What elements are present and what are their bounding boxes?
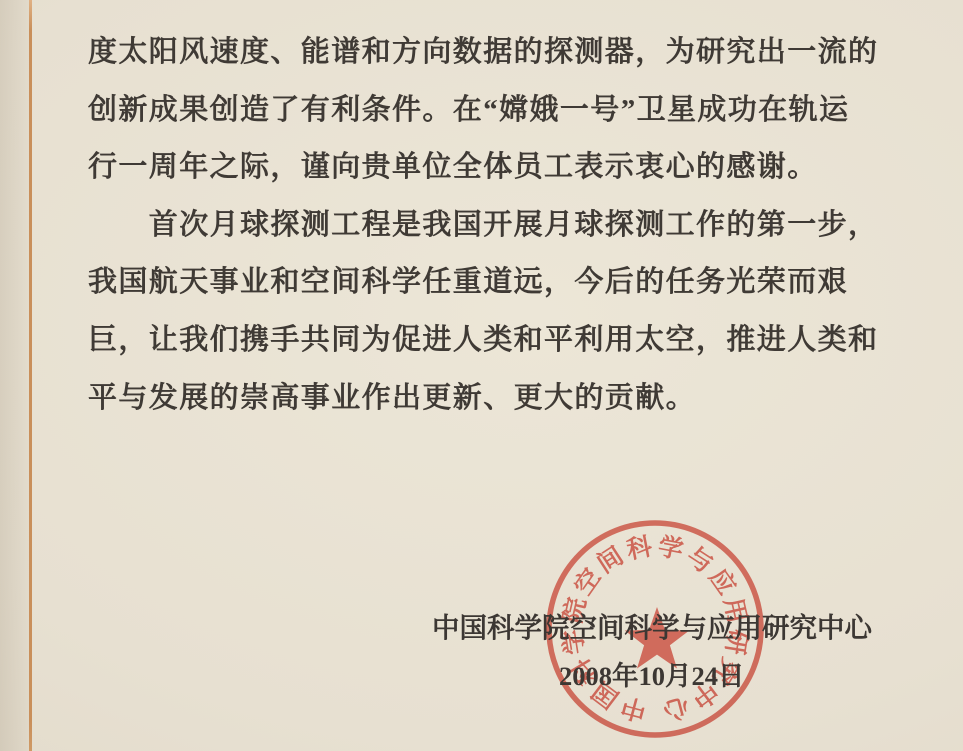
- left-border-rule: [29, 0, 32, 751]
- body-line: 巨，让我们携手共同为促进人类和平利用太空，推进人类和: [88, 312, 894, 370]
- body-line: 首次月球探测工程是我国开展月球探测工作的第一步，: [88, 197, 894, 255]
- seal-ring-char: 间: [592, 542, 628, 579]
- seal-ring-char: 中: [618, 691, 649, 725]
- body-line: 平与发展的崇高事业作出更新、更大的贡献。: [88, 370, 894, 428]
- seal-ring-char: 心: [660, 691, 692, 725]
- seal-ring-char: 学: [656, 532, 686, 564]
- seal-ring-char: 应: [704, 563, 742, 600]
- body-line: 我国航天事业和空间科学任重道远，今后的任务光荣而艰: [88, 254, 894, 312]
- signature-date: 2008年10月24日: [559, 663, 745, 690]
- signature-org-name: 中国科学院空间科学与应用研究中心: [432, 614, 872, 642]
- body-line: 行一周年之际，谨向贵单位全体员工表示衷心的感谢。: [88, 139, 894, 197]
- seal-ring-char: 科: [624, 532, 655, 564]
- letter-page: 度太阳风速度、能谱和方向数据的探测器，为研究出一流的创新成果创造了有利条件。在“…: [0, 0, 963, 751]
- body-line: 度太阳风速度、能谱和方向数据的探测器，为研究出一流的: [88, 24, 894, 82]
- seal-ring-char: 与: [682, 541, 719, 579]
- body-line: 创新成果创造了有利条件。在“嫦娥一号”卫星成功在轨运: [88, 82, 894, 140]
- seal-ring-char: 空: [568, 563, 606, 600]
- letter-body: 度太阳风速度、能谱和方向数据的探测器，为研究出一流的创新成果创造了有利条件。在“…: [88, 24, 894, 427]
- right-border-band: [918, 0, 931, 751]
